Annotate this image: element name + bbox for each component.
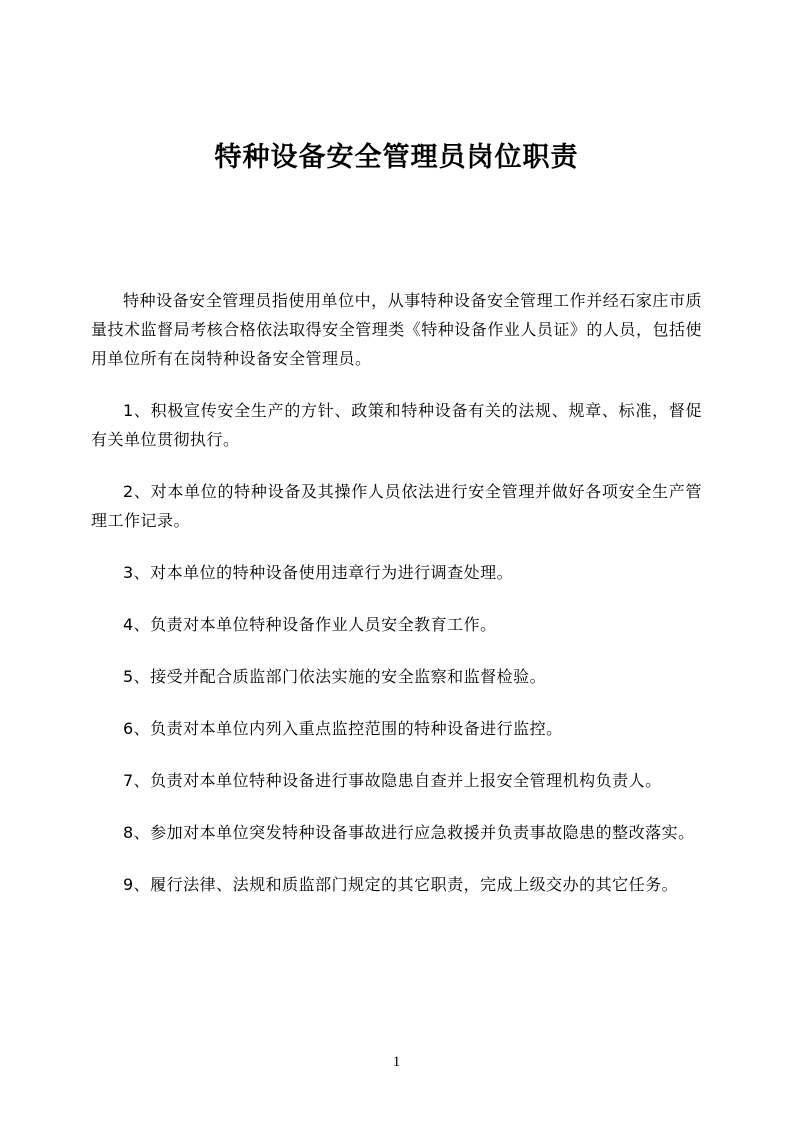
duty-item-1: 1、积极宣传安全生产的方针、政策和特种设备有关的法规、规章、标准，督促有关单位贯…	[91, 396, 702, 454]
duty-item-5: 5、接受并配合质监部门依法实施的安全监察和监督检验。	[91, 662, 702, 691]
duty-item-4: 4、负责对本单位特种设备作业人员安全教育工作。	[91, 610, 702, 639]
duty-item-8: 8、参加对本单位突发特种设备事故进行应急救援并负责事故隐患的整改落实。	[91, 818, 702, 847]
document-body: 特种设备安全管理员指使用单位中，从事特种设备安全管理工作并经石家庄市质量技术监督…	[91, 286, 702, 899]
duty-item-2: 2、对本单位的特种设备及其操作人员依法进行安全管理并做好各项安全生产管理工作记录…	[91, 477, 702, 535]
intro-paragraph: 特种设备安全管理员指使用单位中，从事特种设备安全管理工作并经石家庄市质量技术监督…	[91, 286, 702, 373]
page-number-footer: 1	[0, 1052, 793, 1072]
duty-item-3: 3、对本单位的特种设备使用违章行为进行调查处理。	[91, 558, 702, 587]
document-content: 特种设备安全管理员岗位职责 特种设备安全管理员指使用单位中，从事特种设备安全管理…	[0, 140, 793, 899]
duty-item-9: 9、履行法律、法规和质监部门规定的其它职责，完成上级交办的其它任务。	[91, 870, 702, 899]
page-number: 1	[393, 1054, 401, 1070]
duty-item-6: 6、负责对本单位内列入重点监控范围的特种设备进行监控。	[91, 714, 702, 743]
document-title: 特种设备安全管理员岗位职责	[91, 140, 702, 176]
duty-item-7: 7、负责对本单位特种设备进行事故隐患自查并上报安全管理机构负责人。	[91, 766, 702, 795]
document-page: 特种设备安全管理员岗位职责 特种设备安全管理员指使用单位中，从事特种设备安全管理…	[0, 0, 793, 1122]
